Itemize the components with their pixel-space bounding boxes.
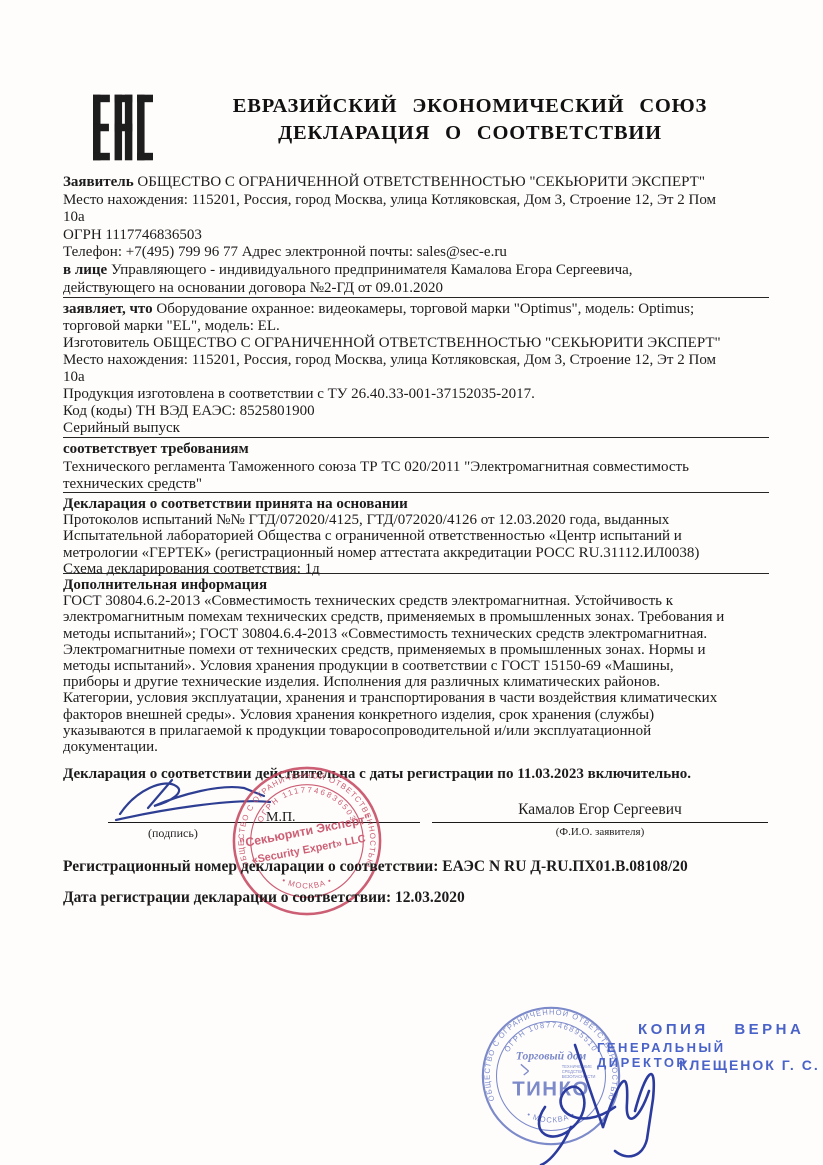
text-line: Технического регламента Таможенного союз… bbox=[63, 459, 769, 477]
text-line: документации. bbox=[63, 739, 769, 755]
section-applicant: Заявитель ОБЩЕСТВО С ОГРАНИЧЕННОЙ ОТВЕТС… bbox=[63, 174, 769, 297]
name-line bbox=[432, 822, 768, 823]
text-line: в лице Управляющего - индивидуального пр… bbox=[63, 262, 769, 280]
text-line: методы испытаний»; ГОСТ 30804.6.4-2013 «… bbox=[63, 626, 769, 642]
text-line: приборы и другие технические изделия. Ис… bbox=[63, 674, 769, 690]
text-line: ГОСТ 30804.6.2-2013 «Совместимость техни… bbox=[63, 593, 769, 609]
text-line: указываются в прилагаемой к продукции то… bbox=[63, 723, 769, 739]
text-line: Категории, условия эксплуатации, хранени… bbox=[63, 690, 769, 706]
registration-date-line: Дата регистрации декларации о соответств… bbox=[63, 889, 465, 907]
registration-number-line: Регистрационный номер декларации о соотв… bbox=[63, 858, 688, 876]
signature-caption: (подпись) bbox=[148, 826, 198, 841]
declaration-document: ЕВРАЗИЙСКИЙ ЭКОНОМИЧЕСКИЙ СОЮЗ ДЕКЛАРАЦИ… bbox=[0, 0, 823, 1165]
text-line: заявляет, что Оборудование охранное: вид… bbox=[63, 301, 769, 318]
text-line: Декларация о соответствии принята на осн… bbox=[63, 496, 769, 512]
text-line: Телефон: +7(495) 799 96 77 Адрес электро… bbox=[63, 244, 769, 262]
text-line: методы испытаний». Условия хранения прод… bbox=[63, 658, 769, 674]
section-basis: Декларация о соответствии принята на осн… bbox=[63, 492, 769, 577]
text-line: Дополнительная информация bbox=[63, 577, 769, 593]
name-caption: (Ф.И.О. заявителя) bbox=[432, 826, 768, 838]
text-line: 10а bbox=[63, 369, 769, 386]
text-line: Заявитель ОБЩЕСТВО С ОГРАНИЧЕННОЙ ОТВЕТС… bbox=[63, 174, 769, 192]
document-header: ЕВРАЗИЙСКИЙ ЭКОНОМИЧЕСКИЙ СОЮЗ ДЕКЛАРАЦИ… bbox=[130, 93, 810, 147]
text-line: Код (коды) ТН ВЭД ЕАЭС: 8525801900 bbox=[63, 403, 769, 420]
text-line: Электромагнитные помехи от технических с… bbox=[63, 642, 769, 658]
text-line: соответствует требованиям bbox=[63, 441, 769, 459]
section-product: заявляет, что Оборудование охранное: вид… bbox=[63, 297, 769, 437]
applicant-name: Камалов Егор Сергеевич bbox=[432, 801, 768, 819]
section-requirements: соответствует требованиямТехнического ре… bbox=[63, 437, 769, 494]
text-line: метрологии «ГЕРТЕК» (регистрационный ном… bbox=[63, 545, 769, 561]
text-line: ОГРН 1117746836503 bbox=[63, 227, 769, 245]
text-line: Серийный выпуск bbox=[63, 420, 769, 437]
text-line: Испытательной лабораторией Общества с ог… bbox=[63, 528, 769, 544]
text-line: 10а bbox=[63, 209, 769, 227]
section-additional-info: Дополнительная информацияГОСТ 30804.6.2-… bbox=[63, 573, 769, 755]
text-line: Протоколов испытаний №№ ГТД/072020/4125,… bbox=[63, 512, 769, 528]
union-title: ЕВРАЗИЙСКИЙ ЭКОНОМИЧЕСКИЙ СОЮЗ bbox=[130, 93, 810, 120]
text-line: торговой марки "EL", модель: EL. bbox=[63, 318, 769, 335]
text-line: действующего на основании договора №2-ГД… bbox=[63, 280, 769, 298]
text-line: факторов внешней среды». Условия хранени… bbox=[63, 707, 769, 723]
text-line: Место нахождения: 115201, Россия, город … bbox=[63, 192, 769, 210]
document-title: ДЕКЛАРАЦИЯ О СООТВЕТСТВИИ bbox=[130, 120, 810, 147]
text-line: Место нахождения: 115201, Россия, город … bbox=[63, 352, 769, 369]
text-line: электромагнитным помехам технических сре… bbox=[63, 609, 769, 625]
director-signature bbox=[515, 1015, 780, 1165]
text-line: Продукция изготовлена в соответствии с Т… bbox=[63, 386, 769, 403]
text-line: Изготовитель ОБЩЕСТВО С ОГРАНИЧЕННОЙ ОТВ… bbox=[63, 335, 769, 352]
